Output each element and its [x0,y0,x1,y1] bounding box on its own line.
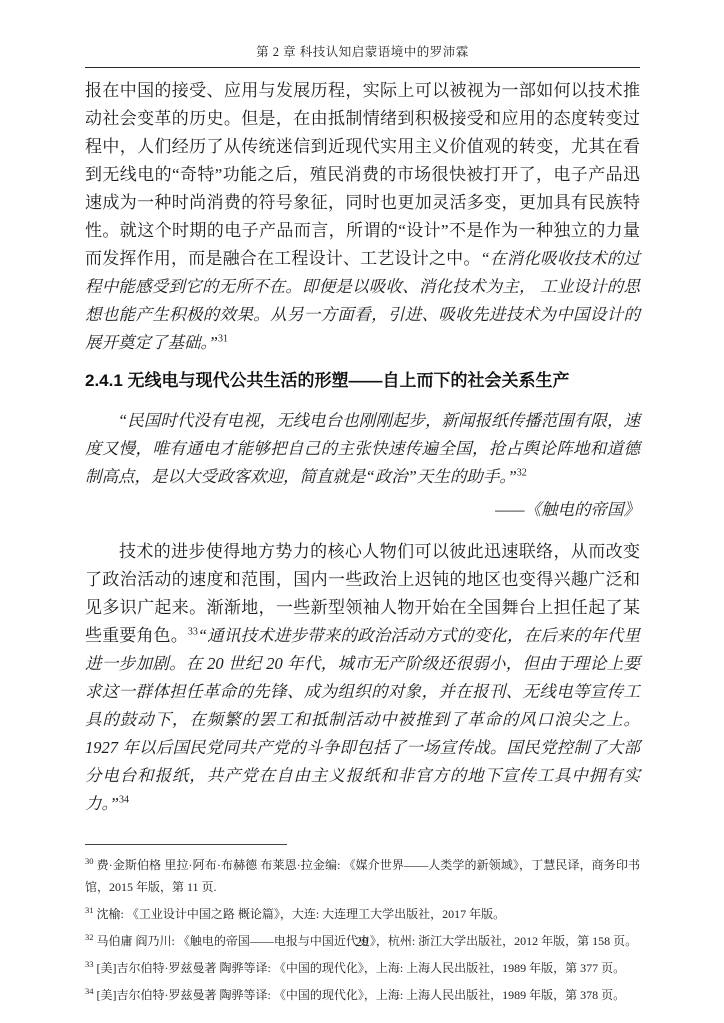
footnote: 30费·金斯伯格 里拉·阿布·布赫德 布莱恩·拉金编: 《媒介世界——人类学的新… [85,854,640,898]
footnote-ref-32: 32 [517,468,527,479]
footnote-text: 沈榆: 《工业设计中国之路 概论篇》，大连: 大连理工大学出版社，2017 年版… [97,907,506,921]
footnote-separator [85,844,287,845]
page-number: 29 [0,934,724,950]
footnote: 33[美]吉尔伯特·罗兹曼著 陶骅等译: 《中国的现代化》，上海: 上海人民出版… [85,957,640,979]
footnote: 31沈榆: 《工业设计中国之路 概论篇》，大连: 大连理工大学出版社，2017 … [85,903,640,925]
footnote-text: [美]吉尔伯特·罗兹曼著 陶骅等译: 《中国的现代化》，上海: 上海人民出版社，… [97,988,626,1002]
footnote-number: 30 [85,856,94,866]
inline-quote-text: “通讯技术进步带来的政治活动方式的变化，在后来的年代里进一步加剧。在 20 世纪… [85,626,640,813]
paragraph-main: 技术的进步使得地方势力的核心人物们可以彼此迅速联络，从而改变了政治活动的速度和范… [85,538,640,818]
document-page: 第 2 章 科技认知启蒙语境中的罗沛霖 报在中国的接受、应用与发展历程，实际上可… [0,0,724,1023]
footnote-ref-31: 31 [218,333,228,344]
running-header: 第 2 章 科技认知启蒙语境中的罗沛霖 [85,44,640,60]
footnote: 34[美]吉尔伯特·罗兹曼著 陶骅等译: 《中国的现代化》，上海: 上海人民出版… [85,984,640,1006]
footnote-number: 31 [85,905,94,915]
paragraph-text: 报在中国的接受、应用与发展历程，实际上可以被视为一部如何以技术推动社会变革的历史… [85,81,640,268]
footnote-text: 费·金斯伯格 里拉·阿布·布赫德 布莱恩·拉金编: 《媒介世界——人类学的新领域… [85,858,640,894]
header-rule [85,67,640,68]
paragraph-continuation: 报在中国的接受、应用与发展历程，实际上可以被视为一部如何以技术推动社会变革的历史… [85,77,640,357]
block-quote-text: “民国时代没有电视，无线电台也刚刚起步，新闻报纸传播范围有限，速度又慢，唯有通电… [85,411,640,486]
footnotes-section: 30费·金斯伯格 里拉·阿布·布赫德 布莱恩·拉金编: 《媒介世界——人类学的新… [85,844,640,1006]
footnote-number: 33 [85,959,94,969]
block-quote: “民国时代没有电视，无线电台也刚刚起步，新闻报纸传播范围有限，速度又慢，唯有通电… [85,407,640,491]
footnote-text: [美]吉尔伯特·罗兹曼著 陶骅等译: 《中国的现代化》，上海: 上海人民出版社，… [97,961,626,975]
footnote-ref-34: 34 [119,794,129,805]
quote-attribution: ——《触电的帝国》 [85,496,640,524]
footnote-number: 34 [85,986,94,996]
footnote-ref-33: 33 [188,626,198,637]
section-heading: 2.4.1 无线电与现代公共生活的形塑——自上而下的社会关系生产 [85,370,640,392]
